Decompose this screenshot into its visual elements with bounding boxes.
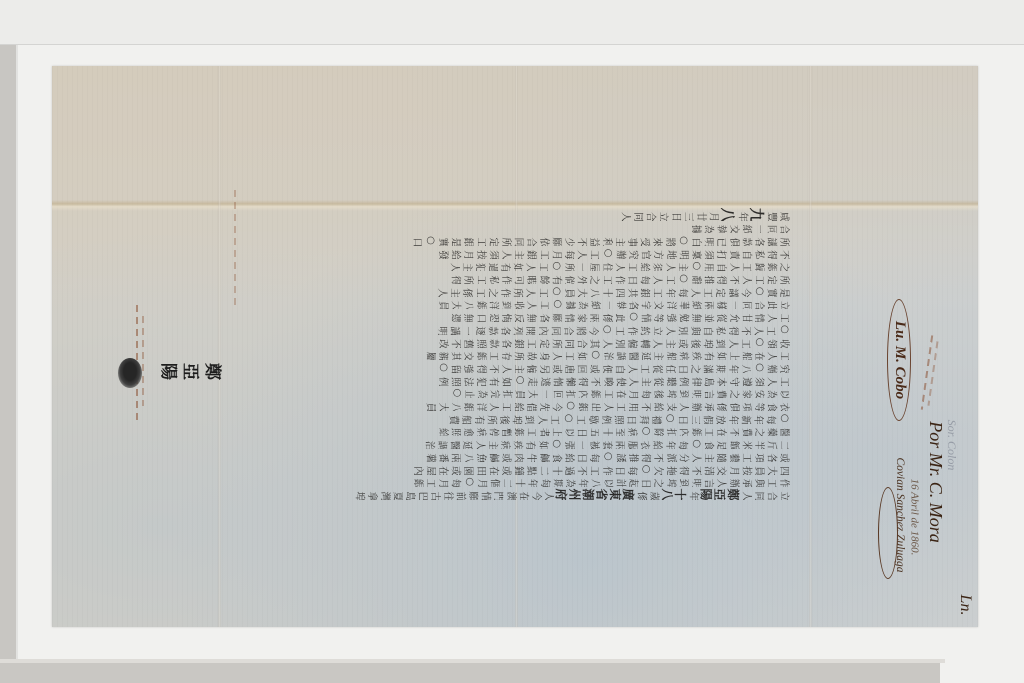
contract-column: 所定工人不得推辭○工人每日作工之外倘有餘暇可作私工所得 <box>348 271 790 284</box>
gray-board-bottom <box>0 663 940 683</box>
contract-column: ○每年新年放假三日○禮拜日照例歇工○工人到埠後所有船費 <box>348 411 790 424</box>
date-year-label: 年 <box>736 210 749 221</box>
contract-text-block: 立合同人鄭亞陽年十八歲係廣東省潮州府人今在澳門情願前往古巴島夏灣拿埠 作工與承辦… <box>348 208 790 500</box>
contract-column: 作工與承辦人言明到埠之日起計以八年為期每年十二個月○每月工銀 <box>348 475 790 488</box>
mat-top-band <box>0 0 1024 45</box>
contract-column: 四大員按月交清不得拖欠○每日作工不過十二點鐘或在田園或在屋內 <box>348 462 790 475</box>
origin-label: 歲係 <box>635 489 660 500</box>
vertical-fold-line <box>218 66 221 627</box>
contract-column: 之銀歸工人自用○主人須給工人住屋一所○工人如有過犯主人 <box>348 259 790 272</box>
contract-sheet: 立合同人鄭亞陽年十八歲係廣東省潮州府人今在澳門情願前往古巴島夏灣拿埠 作工與承辦… <box>52 66 978 627</box>
vertical-fold-line <box>809 66 812 627</box>
chinese-signature: 鄭亞陽 <box>152 358 222 380</box>
contract-closing-note: 合同一紙交執為據 <box>348 221 790 234</box>
contract-column: 醫藥之費不在工銀內扣除○病至十五日以上者工銀暫停病愈照給 <box>348 424 790 437</box>
contract-column: ○工人不得私自與別人立約作工○今將合同內開列各款逐一講明 <box>348 322 790 335</box>
date-era: 咸豐 <box>765 210 790 221</box>
brown-ink-mark <box>234 190 236 310</box>
date-year-handwritten: 九 <box>748 208 764 221</box>
age-label: 年 <box>687 489 700 500</box>
contract-column: 工人須遵守本島律例聽從主人使喚不得懶惰逃走○如有犯法照例 <box>348 373 790 386</box>
spanish-signature-1: Lu. M. Cobo <box>886 305 914 415</box>
contract-column: 究辦○八年期滿之日任從工人自便或回唐或另僱主人不得強留○ <box>348 360 790 373</box>
contract-opening-rest: 人今在澳門情願前往古巴島夏灣拿埠 <box>353 489 555 500</box>
date-month-handwritten: 八 <box>719 208 735 221</box>
contract-column: 不得私自責打須稟明地方官究辦○工人每月工銀主人須按月給發 <box>348 246 790 259</box>
spanish-initials: Ln. <box>956 585 974 625</box>
contract-column-first: 立合同人鄭亞陽年十八歲係廣東省潮州府人今在澳門情願前往古巴島夏灣拿埠 <box>348 487 790 500</box>
mat-edge <box>16 45 18 663</box>
thumbprint-ink-mark <box>118 358 142 388</box>
spanish-date-line: 16 Abril de 1860. <box>908 430 922 605</box>
contract-column: 或各項工藝隨主人分派不得推諉○每日給食鹹牛肉或鹹魚八兩番薯 <box>348 449 790 462</box>
gray-board-left <box>0 45 16 683</box>
contract-column: 工人在船上如有疾病船主延醫調治○如工人身故所存工銀交其親屬 <box>348 348 790 361</box>
signature-flourish-icon <box>878 487 898 579</box>
contract-column: 立此合同一樣兩紙華洋文字各執一紙為據○工人收到洋銀八大員 <box>348 297 790 310</box>
contract-date-column: 咸豐九年八月廿三日立合同人 <box>348 208 790 221</box>
contract-column: 二斤半米飯足食○每年給衣服兩套被一張○如有疾病主人延醫調治 <box>348 436 790 449</box>
spanish-signature-2: Por Mr. C. Mora <box>923 407 949 557</box>
signature-flourish-icon <box>887 299 911 421</box>
brown-ink-mark <box>142 316 144 406</box>
contract-column: 工人情甘允從並無勉強等情○此係兩家情願各無反悔恐口無憑 <box>348 309 790 322</box>
worker-name-handwritten: 鄭亞陽 <box>699 487 739 500</box>
contract-column: 收領○工人到埠後或主人轉僱別人其合同所定工銀各款照舊不改 <box>348 335 790 348</box>
worker-origin-handwritten: 廣東省潮州府 <box>554 487 634 500</box>
contract-opening: 立合同人 <box>740 489 790 500</box>
contract-column: 所議各款俱已明白○將來受事主利益不少願依合同所定工銀是實○口 <box>348 233 790 246</box>
contract-column: 是實○今議定工人每年工銀共四十八大員○工人所作之工係主人 <box>348 284 790 297</box>
contract-column: 衣食等項俱係承辦人支給不用工人出銀○今先借給工人洋銀八大員 <box>348 398 790 411</box>
worker-age-handwritten: 十八 <box>660 487 687 500</box>
contract-column: 以為安家之費言明到埠後每月在工銀內扣回一大員扣完為止○ <box>348 386 790 399</box>
date-rest: 月廿三日立合同人 <box>619 210 720 221</box>
